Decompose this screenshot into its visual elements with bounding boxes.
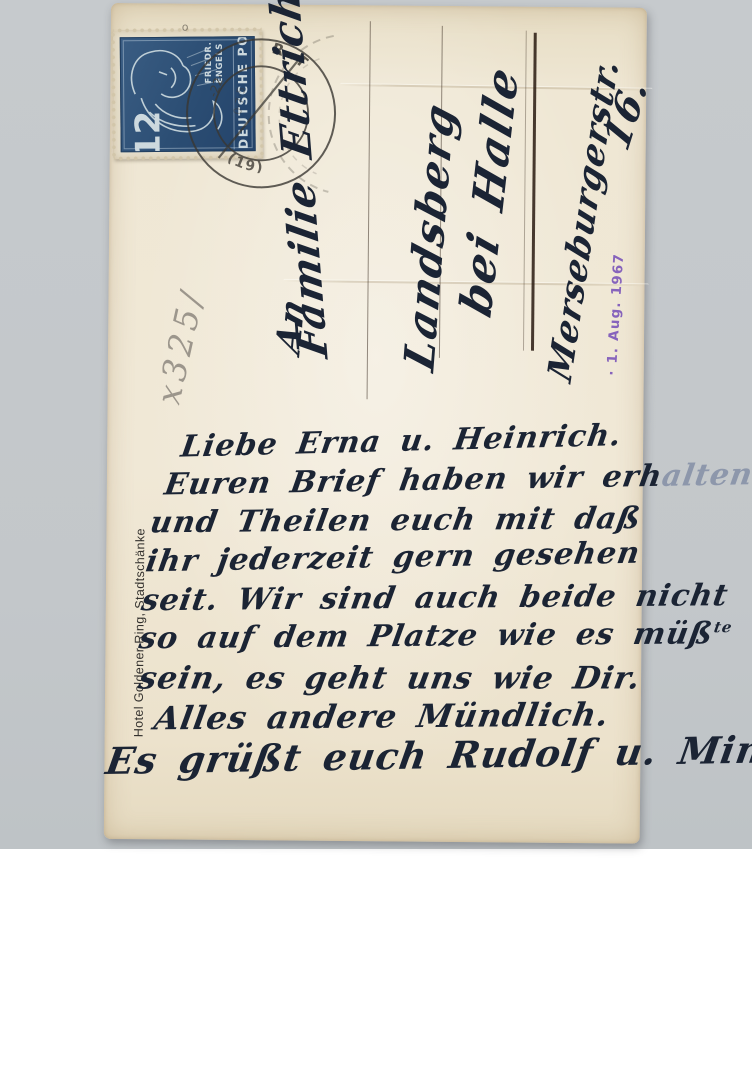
postmark-date-fragment: 0·7·5 — [231, 86, 248, 116]
message-line: sein, es geht uns wie Dir. — [136, 660, 644, 696]
address-rule-line — [367, 21, 371, 399]
dealer-pencil-mark: x325∕ — [150, 214, 228, 408]
message-text: Euren Brief haben wir erh — [162, 459, 665, 503]
postmark-district-fragment: (19) — [224, 150, 264, 176]
message-line: ihr jederzeit gern gesehen — [143, 536, 642, 580]
photo-of-postcard: 12 DEUTSCHE POST FRIEDR. ENGELS R T — [0, 0, 752, 1072]
postmark-time-fragment: -22· — [206, 72, 227, 99]
postmark-icon: R T (19) -22· 0·7·5 o — [160, 12, 362, 214]
svg-text:(19): (19) — [224, 150, 264, 176]
message-line: so auf dem Platze wie es müßte — [137, 616, 735, 656]
message-line: und Theilen euch mit daß — [148, 501, 644, 540]
message-text: so auf dem Platze wie es müß — [137, 616, 716, 656]
arrival-date-stamp: · 1. Aug. 1967 — [605, 218, 630, 377]
message-line: seit. Wir sind auch beide nicht — [139, 578, 731, 618]
address-city: Landsberg — [396, 92, 464, 376]
message-superscript: te — [713, 618, 735, 636]
message-text-faded: alten — [660, 457, 752, 494]
stamp-perforation — [110, 30, 118, 159]
address-divider-line — [531, 33, 537, 351]
postcard-back: 12 DEUTSCHE POST FRIEDR. ENGELS R T — [104, 3, 647, 844]
postmark-stray-fragment: o — [182, 21, 189, 34]
message-line: Liebe Erna u. Heinrich. — [179, 418, 625, 465]
